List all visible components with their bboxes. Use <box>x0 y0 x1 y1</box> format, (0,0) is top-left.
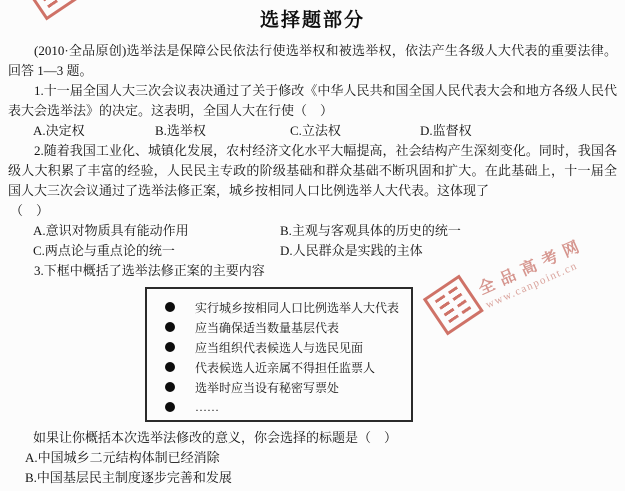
amendment-summary-box: 实行城乡按相同人口比例选举人大代表 应当确保适当数量基层代表 应当组织代表候选人… <box>145 287 413 422</box>
q1-option-c: C.立法权 <box>290 121 420 141</box>
bullet-icon <box>165 402 175 412</box>
box-item-text: 实行城乡按相同人口比例选举人大代表 <box>195 299 399 316</box>
list-item: …… <box>165 397 405 417</box>
intro-paragraph: (2010·全品原创)选举法是保障公民依法行使选举权和被选举权，依法产生各级人大… <box>8 41 617 81</box>
question-1-options: A.决定权 B.选举权 C.立法权 D.监督权 <box>33 121 617 141</box>
question-1-text: 1.十一届全国人大三次会议表决通过了关于修改《中华人民共和国全国人民代表大会和地… <box>8 81 617 121</box>
q1-option-b: B.选举权 <box>155 121 290 141</box>
list-item: 实行城乡按相同人口比例选举人大代表 <box>165 297 405 317</box>
question-3-lead: 3.下框中概括了选举法修正案的主要内容 <box>8 261 617 281</box>
list-item: 应当组织代表候选人与选民见面 <box>165 337 405 357</box>
list-item: 选举时应当设有秘密写票处 <box>165 377 405 397</box>
document-content: 选择题部分 (2010·全品原创)选举法是保障公民依法行使选举权和被选举权，依法… <box>0 0 625 488</box>
page-title: 选择题部分 <box>8 5 617 32</box>
q2-option-b: B.主观与客观具体的历史的统一 <box>280 221 617 241</box>
box-item-text: 应当确保适当数量基层代表 <box>195 319 339 336</box>
q2-option-d: D.人民群众是实践的主体 <box>280 241 617 261</box>
box-item-text: 代表候选人近亲属不得担任监票人 <box>195 359 375 376</box>
q2-option-c: C.两点论与重点论的统一 <box>33 241 280 261</box>
question-2-options: A.意识对物质具有能动作用 B.主观与客观具体的历史的统一 C.两点论与重点论的… <box>33 221 617 261</box>
q2-answer-brackets: （ ） <box>10 201 617 221</box>
list-item: 代表候选人近亲属不得担任监票人 <box>165 357 405 377</box>
bullet-icon <box>165 302 175 312</box>
q1-option-a: A.决定权 <box>33 121 155 141</box>
bullet-icon <box>165 342 175 352</box>
document-page: 全品高考网 www.canpoint.cn 全品高考网 www.canpoint… <box>0 0 625 491</box>
list-item: 应当确保适当数量基层代表 <box>165 317 405 337</box>
bullet-icon <box>165 322 175 332</box>
q2-option-a: A.意识对物质具有能动作用 <box>33 221 280 241</box>
question-3-text: 如果让你概括本次选举法修改的意义，你会选择的标题是（ ） <box>33 428 617 448</box>
q1-option-d: D.监督权 <box>420 121 472 141</box>
box-item-text: …… <box>195 400 219 415</box>
bullet-icon <box>165 382 175 392</box>
box-item-text: 选举时应当设有秘密写票处 <box>195 379 339 396</box>
q3-option-b: B.中国基层民主制度逐步完善和发展 <box>25 468 617 488</box>
bullet-icon <box>165 362 175 372</box>
q3-option-a: A.中国城乡二元结构体制已经消除 <box>25 448 617 468</box>
question-2-text: 2.随着我国工业化、城镇化发展，农村经济文化水平大幅提高，社会结构产生深刻变化。… <box>8 141 617 201</box>
box-item-text: 应当组织代表候选人与选民见面 <box>195 339 363 356</box>
